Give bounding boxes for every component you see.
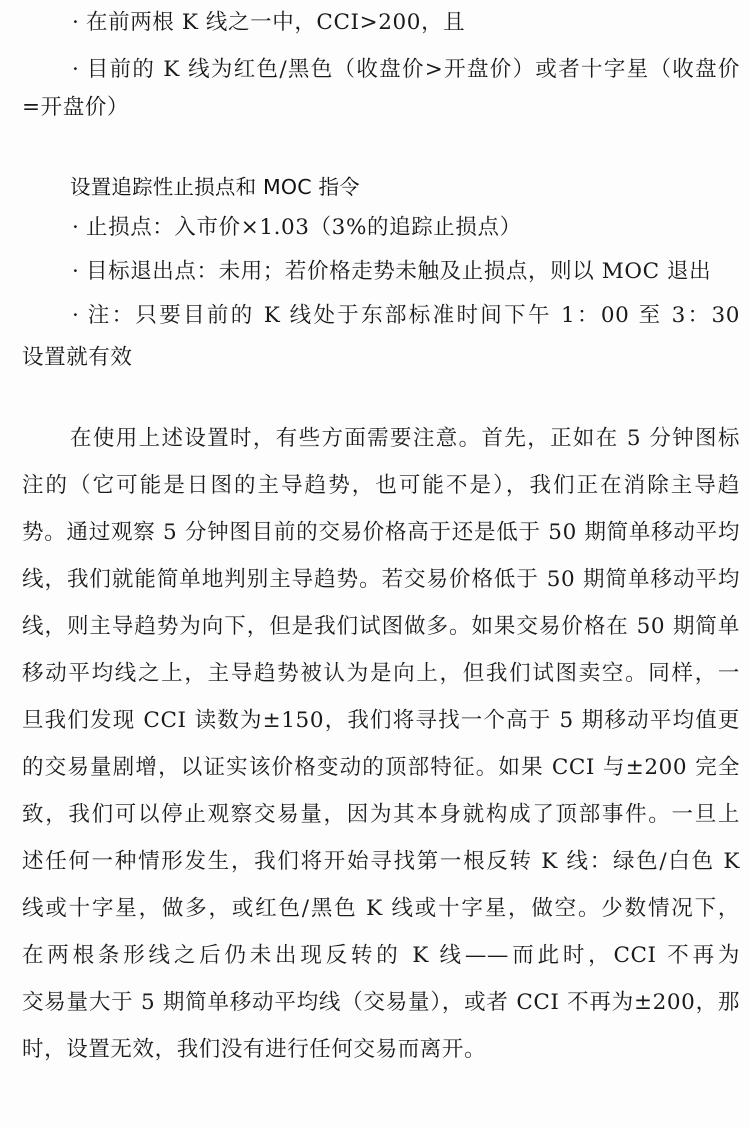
book-page: ·在前两根 K 线之一中，CCI>200，且 ·目前的 K 线为红色/黑色（收盘… (0, 0, 750, 1128)
paragraph-2 (0, 0, 750, 1128)
